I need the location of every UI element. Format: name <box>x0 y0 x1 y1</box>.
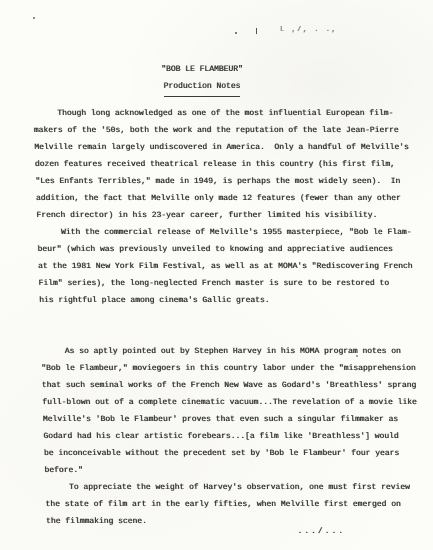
document-title: "BOB LE FLAMBEUR" <box>0 61 404 78</box>
document-subtitle: Production Notes <box>164 78 241 97</box>
paragraph-harvey-quote: As so aptly pointed out by Stephen Harve… <box>40 343 420 530</box>
document-body: Though long acknowledged as one of the m… <box>33 105 433 545</box>
scan-speck-icon <box>356 355 358 357</box>
page-continuation-mark: .../... <box>297 523 345 540</box>
header-pencil-marks: L ,/, . ., <box>0 26 433 40</box>
scanned-document-page: L ,/, . ., "BOB LE FLAMBEUR" Production … <box>0 0 433 550</box>
pencil-scribble: L ,/, . ., <box>280 26 337 34</box>
pencil-dot-icon <box>235 32 237 34</box>
scan-speck-icon <box>33 17 35 19</box>
document-subtitle-row: Production Notes <box>0 78 404 97</box>
pencil-tick-icon <box>256 28 257 34</box>
paragraph-introduction: Though long acknowledged as one of the m… <box>33 105 414 309</box>
